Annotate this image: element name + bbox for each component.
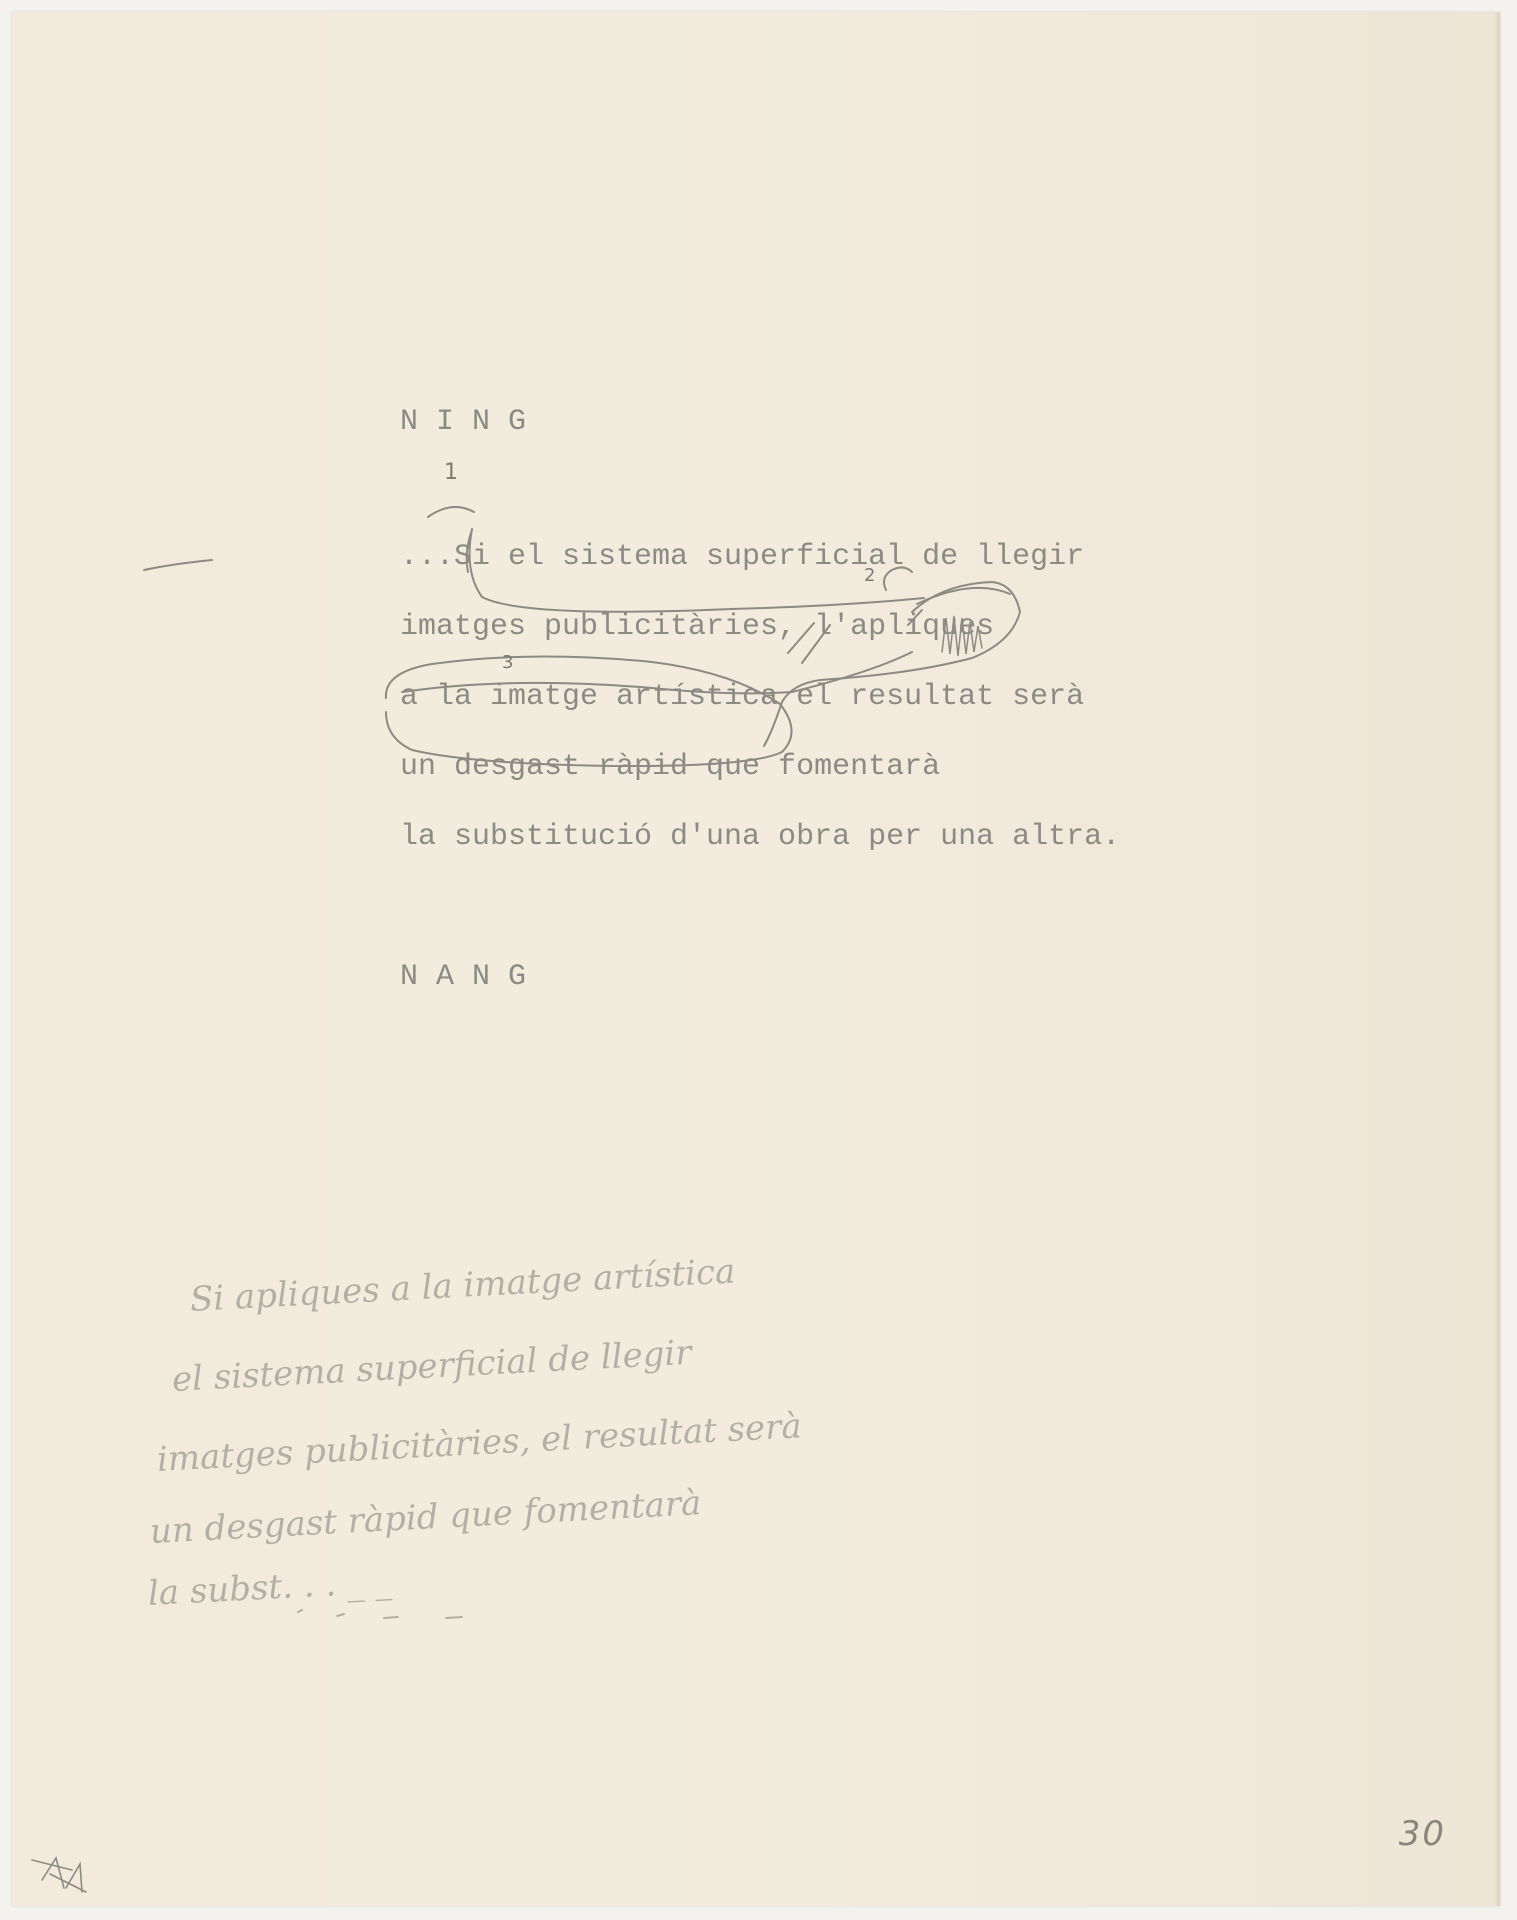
pencil-marker-1: 1 (444, 460, 458, 485)
typed-line-4: un desgast ràpid que fomentarà (400, 752, 940, 782)
heading-ning: N I N G (400, 407, 526, 437)
typed-line-2: imatges publicitàries, l'apliques (400, 612, 994, 642)
typed-line-3: a la imatge artística el resultat serà (400, 682, 1084, 712)
heading-nang: N A N G (400, 962, 526, 992)
pencil-marker-3: 3 (502, 652, 513, 673)
pencil-annotations (12, 12, 1500, 1906)
typed-line-1: ...Si el sistema superficial de llegir (400, 542, 1084, 572)
typed-line-5: la substitució d'una obra per una altra. (400, 822, 1120, 852)
crossed-mark (32, 1858, 86, 1892)
paper-sheet: N I N G 1 2 3 ...Si el sistema superfici… (12, 12, 1500, 1906)
page-number: 30 (1399, 1814, 1446, 1854)
